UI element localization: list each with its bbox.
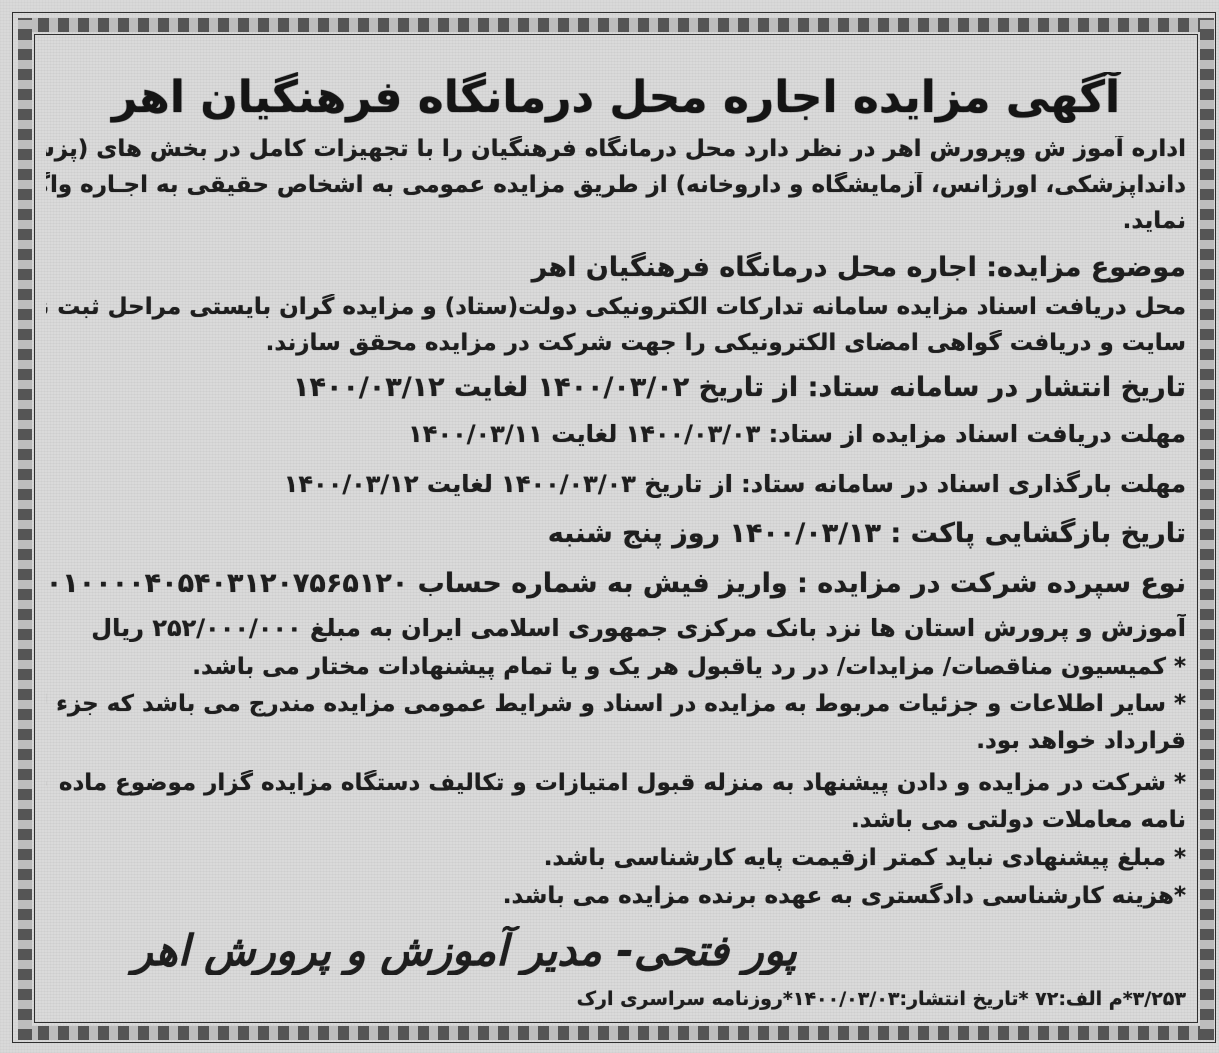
bullet-expert-fee: *هزینه کارشناسی دادگستری به عهده برنده م… [46, 883, 1186, 909]
bullet-participation-line-1: * شرکت در مزایده و دادن پیشنهاد به منزله… [46, 770, 1186, 796]
signature: پور فتحی- مدیر آموزش و پرورش اهر [62, 926, 797, 975]
checkered-border-top [18, 18, 1214, 32]
notice-title: آگهی مزایده اجاره محل درمانگاه فرهنگیان … [46, 72, 1186, 123]
intro-line-2: دانداپزشکی، اورژانس، آزمایشگاه و داروخان… [46, 172, 1186, 198]
document-receipt-deadline: مهلت دریافت اسناد مزایده از ستاد: ۱۴۰۰/۰… [46, 420, 1186, 448]
deposit-line-2: آموزش و پرورش استان ها نزد بانک مرکزی جم… [46, 614, 1186, 642]
intro-line-1: اداره آموز ش وپرورش اهر در نظر دارد محل … [46, 136, 1186, 162]
notice-content: آگهی مزایده اجاره محل درمانگاه فرهنگیان … [40, 40, 1192, 1020]
bullet-commission: * کمیسیون مناقصات/ مزایدات/ در رد یاقبول… [46, 654, 1186, 680]
checkered-border-right [1200, 18, 1214, 1040]
bullet-min-price: * مبلغ پیشنهادی نباید کمتر ازقیمت پایه ک… [46, 845, 1186, 871]
bullet-details-line-2: قرارداد خواهد بود. [46, 728, 1186, 754]
document-upload-deadline: مهلت بارگذاری اسناد در سامانه ستاد: از ت… [46, 470, 1186, 498]
bullet-details-line-1: * سایر اطلاعات و جزئیات مربوط به مزایده … [46, 691, 1186, 717]
intro-line-3: نماید. [46, 208, 1186, 234]
envelope-opening-date: تاریخ بازگشایی پاکت : ۱۴۰۰/۰۳/۱۳ روز پنج… [46, 518, 1186, 549]
publication-date: تاریخ انتشار در سامانه ستاد: از تاریخ ۱۴… [46, 372, 1186, 403]
bullet-participation-line-2: نامه معاملات دولتی می باشد. [46, 807, 1186, 833]
checkered-border-left [18, 18, 32, 1040]
documents-line-2: سایت و دریافت گواهی امضای الکترونیکی را … [46, 330, 1186, 356]
publication-footer: ۳/۲۵۳*م الف:۷۲ *تاریخ انتشار:۱۴۰۰/۰۳/۰۳*… [46, 988, 1186, 1010]
deposit-line-1: نوع سپرده شرکت در مزایده : واریز فیش به … [46, 568, 1186, 599]
auction-subject: موضوع مزایده: اجاره محل درمانگاه فرهنگیا… [46, 252, 1186, 283]
checkered-border-bottom [18, 1026, 1214, 1040]
documents-line-1: محل دریافت اسناد مزایده سامانه تدارکات ا… [46, 294, 1186, 320]
